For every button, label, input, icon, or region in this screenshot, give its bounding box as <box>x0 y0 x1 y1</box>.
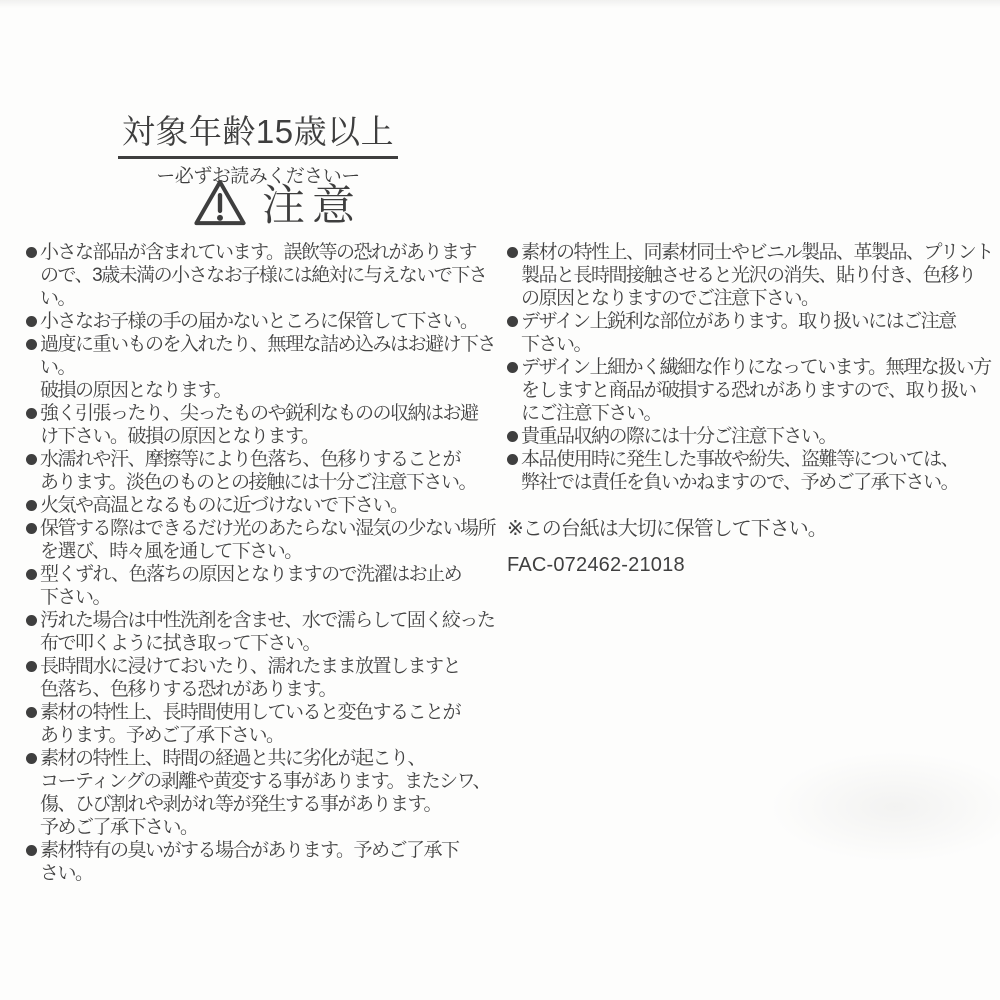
caution-item: 素材の特性上、同素材同士やビニル製品、革製品、プリント 製品と長時間接触させると… <box>507 241 995 310</box>
caution-item: デザイン上鋭利な部位があります。取り扱いにはご注意 下さい。 <box>507 310 995 356</box>
bullet-icon <box>26 747 40 770</box>
caution-text: 汚れた場合は中性洗剤を含ませ、水で濡らして固く絞った 布で叩くように拭き取って下… <box>40 609 514 655</box>
caution-text: 本品使用時に発生した事故や紛失、盗難等については、 弊社では責任を負いかねますの… <box>521 448 995 494</box>
caution-item: 強く引張ったり、尖ったものや鋭利なものの収納はお避 け下さい。破損の原因となりま… <box>26 402 514 448</box>
caution-item: 型くずれ、色落ちの原因となりますので洗濯はお止め 下さい。 <box>26 563 514 609</box>
caution-text: 素材の特性上、時間の経過と共に劣化が起こり、 コーティングの剥離や黄変する事があ… <box>40 747 514 839</box>
caution-text: 小さな部品が含まれています。誤飲等の恐れがあります ので、3歳未満の小さなお子様… <box>40 241 514 310</box>
caution-text: 過度に重いものを入れたり、無理な詰め込みはお避け下さい。 破損の原因となります。 <box>40 333 514 402</box>
caution-text: 小さなお子様の手の届かないところに保管して下さい。 <box>40 310 514 333</box>
caution-text: 素材の特性上、同素材同士やビニル製品、革製品、プリント 製品と長時間接触させると… <box>521 241 995 310</box>
caution-list-left: 小さな部品が含まれています。誤飲等の恐れがあります ので、3歳未満の小さなお子様… <box>26 241 514 885</box>
bullet-icon <box>507 310 521 333</box>
caution-text: 火気や高温となるものに近づけないで下さい。 <box>40 494 514 517</box>
bullet-icon <box>26 701 40 724</box>
caution-text: 長時間水に浸けておいたり、濡れたまま放置しますと 色落ち、色移りする恐れがありま… <box>40 655 514 701</box>
bullet-icon <box>507 448 521 471</box>
bullet-icon <box>26 310 40 333</box>
caution-card: 対象年齢15歳以上 ー必ずお読みくださいー 注意 小さな部品が含まれています。誤… <box>0 0 1000 1000</box>
caution-item: 素材特有の臭いがする場合があります。予めご了承下 さい。 <box>26 839 514 885</box>
caution-text: 水濡れや汗、摩擦等により色落ち、色移りすることが あります。淡色のものとの接触に… <box>40 448 514 494</box>
caution-text: 保管する際はできるだけ光のあたらない湿気の少ない場所 を選び、時々風を通して下さ… <box>40 517 514 563</box>
bullet-icon <box>507 425 521 448</box>
caution-item: 過度に重いものを入れたり、無理な詰め込みはお避け下さい。 破損の原因となります。 <box>26 333 514 402</box>
caution-item: デザイン上細かく繊細な作りになっています。無理な扱い方 をしますと商品が破損する… <box>507 356 995 425</box>
bullet-icon <box>26 241 40 264</box>
caution-heading-label: 注意 <box>262 172 362 233</box>
caution-item: 素材の特性上、長時間使用していると変色することが あります。予めご了承下さい。 <box>26 701 514 747</box>
bullet-icon <box>26 448 40 471</box>
caution-text: 貴重品収納の際には十分ご注意下さい。 <box>521 425 995 448</box>
caution-text: 素材特有の臭いがする場合があります。予めご了承下 さい。 <box>40 839 514 885</box>
right-column: 素材の特性上、同素材同士やビニル製品、革製品、プリント 製品と長時間接触させると… <box>507 241 995 577</box>
bullet-icon <box>26 655 40 678</box>
caution-text: デザイン上細かく繊細な作りになっています。無理な扱い方 をしますと商品が破損する… <box>521 356 995 425</box>
bullet-icon <box>26 839 40 862</box>
bullet-icon <box>507 356 521 379</box>
bullet-icon <box>26 494 40 517</box>
bullet-icon <box>26 402 40 425</box>
bullet-icon <box>26 333 40 356</box>
caution-item: 水濡れや汗、摩擦等により色落ち、色移りすることが あります。淡色のものとの接触に… <box>26 448 514 494</box>
caution-item: 小さなお子様の手の届かないところに保管して下さい。 <box>26 310 514 333</box>
bullet-icon <box>26 563 40 586</box>
caution-item: 保管する際はできるだけ光のあたらない湿気の少ない場所 を選び、時々風を通して下さ… <box>26 517 514 563</box>
caution-text: 型くずれ、色落ちの原因となりますので洗濯はお止め 下さい。 <box>40 563 514 609</box>
bullet-icon <box>26 517 40 540</box>
caution-item: 小さな部品が含まれています。誤飲等の恐れがあります ので、3歳未満の小さなお子様… <box>26 241 514 310</box>
caution-item: 長時間水に浸けておいたり、濡れたまま放置しますと 色落ち、色移りする恐れがありま… <box>26 655 514 701</box>
scan-artifact-blob <box>770 752 1000 862</box>
product-code: FAC-072462-21018 <box>507 554 995 577</box>
keep-card-note: ※この台紙は大切に保管して下さい。 <box>507 518 995 541</box>
warning-triangle-icon <box>192 177 248 229</box>
caution-item: 貴重品収納の際には十分ご注意下さい。 <box>507 425 995 448</box>
caution-item: 火気や高温となるものに近づけないで下さい。 <box>26 494 514 517</box>
caution-heading: 注意 <box>192 172 362 233</box>
caution-item: 素材の特性上、時間の経過と共に劣化が起こり、 コーティングの剥離や黄変する事があ… <box>26 747 514 839</box>
caution-text: 強く引張ったり、尖ったものや鋭利なものの収納はお避 け下さい。破損の原因となりま… <box>40 402 514 448</box>
bullet-icon <box>507 241 521 264</box>
age-restriction-title: 対象年齢15歳以上 <box>118 106 398 159</box>
caution-text: 素材の特性上、長時間使用していると変色することが あります。予めご了承下さい。 <box>40 701 514 747</box>
caution-list-right: 素材の特性上、同素材同士やビニル製品、革製品、プリント 製品と長時間接触させると… <box>507 241 995 494</box>
scan-artifact-top <box>0 0 1000 8</box>
caution-item: 汚れた場合は中性洗剤を含ませ、水で濡らして固く絞った 布で叩くように拭き取って下… <box>26 609 514 655</box>
caution-item: 本品使用時に発生した事故や紛失、盗難等については、 弊社では責任を負いかねますの… <box>507 448 995 494</box>
bullet-icon <box>26 609 40 632</box>
caution-text: デザイン上鋭利な部位があります。取り扱いにはご注意 下さい。 <box>521 310 995 356</box>
